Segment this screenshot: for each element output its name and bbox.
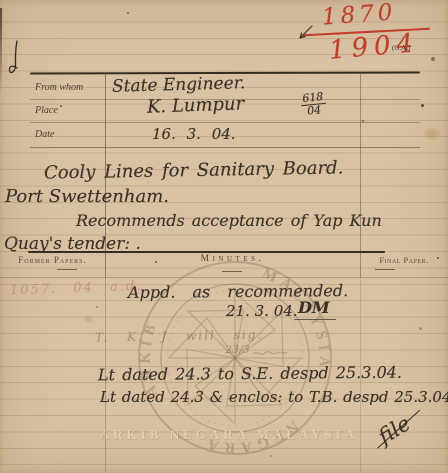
paper-speck xyxy=(299,166,301,168)
paper-speck xyxy=(421,104,424,107)
table-row-line-2 xyxy=(30,122,420,123)
file-number-fraction: 618 04 xyxy=(300,91,327,117)
value-date: 16. 3. 04. xyxy=(152,127,236,142)
label-from-whom: From whom xyxy=(35,83,83,93)
value-place: K. Lumpur xyxy=(147,95,245,116)
subject-line-3: Recommends acceptance of Yap Kun xyxy=(76,213,382,229)
paper-speck xyxy=(431,57,435,61)
table-bottom-line xyxy=(30,147,420,148)
reference-numerator: 1870 xyxy=(321,1,397,29)
minutes-underline xyxy=(222,271,242,272)
paper-speck xyxy=(96,306,98,308)
paper-stain xyxy=(84,315,94,323)
header-bottom-line xyxy=(0,277,448,278)
paper-speck xyxy=(127,12,129,14)
paper-speck xyxy=(155,261,157,263)
pen-mark-icon xyxy=(6,40,22,78)
pencil-date: 23/3 xyxy=(225,344,250,355)
subject-line-2: Port Swettenham. xyxy=(5,188,169,206)
pencil-note: T. K. J will sig. xyxy=(95,329,263,344)
embossed-archive-text: ARKIB NEGARA MALAYSIA xyxy=(100,428,358,441)
value-from-whom: State Engineer. xyxy=(112,75,246,95)
header-minutes: Minutes. xyxy=(105,255,360,265)
reference-suffix: (G.A.) xyxy=(392,45,410,52)
check-stroke-icon xyxy=(297,24,315,42)
despatch-note-1: Lt dated 24.3 to S.E. despd 25.3.04. xyxy=(98,365,402,384)
paper-speck xyxy=(419,327,422,330)
despatch-note-2: Lt dated 24.3 & enclos: to T.B. despd 25… xyxy=(100,390,448,405)
former-papers-underline xyxy=(57,269,77,270)
header-final-paper: Final Paper. xyxy=(360,256,448,265)
minute-approval-date: 21. 3. 04. xyxy=(226,304,298,319)
column-divider-right xyxy=(360,73,361,473)
paper-speck xyxy=(270,455,272,457)
paper-speck xyxy=(60,105,62,107)
minute-paper-scan: MALAYSIA NEGARA ARKIB ARKIB NEGARA MALAY… xyxy=(0,0,448,473)
label-place: Place xyxy=(35,106,58,116)
paper-stain xyxy=(424,128,440,140)
minute-initials: DM xyxy=(294,300,336,320)
paper-speck xyxy=(362,120,364,122)
label-date: Date xyxy=(35,130,54,140)
final-paper-underline xyxy=(375,269,395,270)
paper-speck xyxy=(320,97,322,99)
subject-line-1: Cooly Lines for Sanitary Board. xyxy=(44,159,344,182)
pencil-scribble xyxy=(252,348,288,358)
header-former-papers: Former Papers. xyxy=(0,256,105,265)
page-edge-shadow xyxy=(0,8,2,96)
paper-speck xyxy=(437,257,439,259)
minutes-top-rule xyxy=(28,251,385,253)
column-divider-left xyxy=(105,73,106,473)
